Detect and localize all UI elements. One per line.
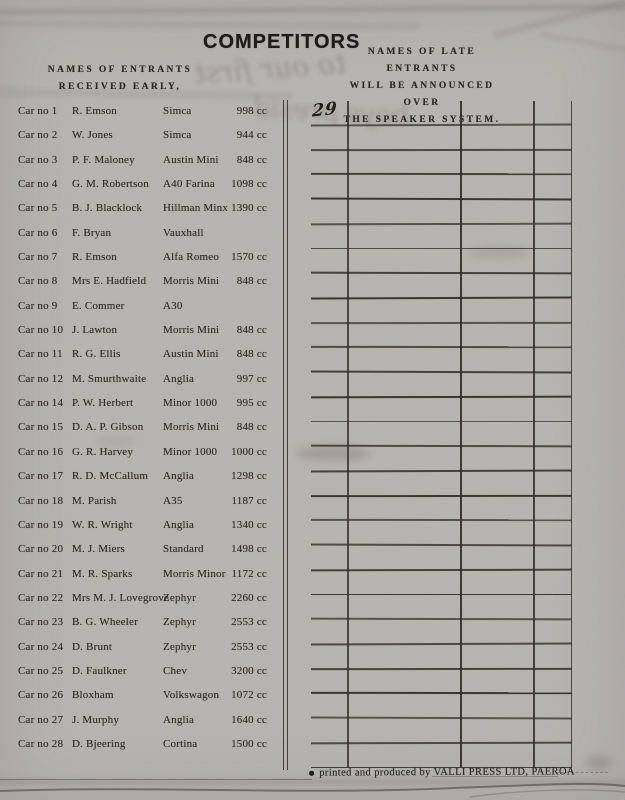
scanned-program-page: to our first boys presid COMPETITORS NAM… [0,0,625,800]
entrant-car-make: A35 [163,495,183,507]
entrant-name: R. Emson [72,251,117,263]
column-divider-double-rule [283,100,288,770]
entrant-engine-cc: 1390 cc [208,202,267,214]
entrant-name: J. Lawton [72,324,117,336]
late-entrants-grid [311,101,572,768]
paper-crease [0,2,625,17]
entrant-row: Car no 24D. BruntZephyr2553 cc [0,636,282,660]
entrant-car-number: Car no 16 [18,446,63,458]
entrant-row: Car no 6F. BryanVauxhall [0,222,282,246]
entrant-row: Car no 22Mrs M. J. LovegroveZephyr2260 c… [0,587,282,611]
entrant-engine-cc: 1500 cc [208,738,267,750]
entrant-car-make: Chev [163,665,187,677]
entrant-name: Mrs M. J. Lovegrove [72,592,169,604]
entrant-car-number: Car no 20 [18,543,63,555]
entrant-car-number: Car no 19 [18,519,63,531]
entrant-car-number: Car no 18 [18,495,63,507]
entrant-car-number: Car no 12 [18,373,63,385]
grid-line-horizontal [311,544,572,546]
entrant-row: Car no 25D. FaulknerChev3200 cc [0,660,282,684]
entrant-car-make: Cortina [163,738,197,750]
entrant-name: M. R. Sparks [72,568,132,580]
entrant-row: Car no 3P. F. MaloneyAustin Mini848 cc [0,149,282,173]
entrant-car-number: Car no 26 [18,689,63,701]
entrant-name: R. Emson [72,105,117,117]
entrant-row: Car no 8Mrs E. HadfieldMorris Mini848 cc [0,270,282,294]
entrant-engine-cc: 1098 cc [208,178,267,190]
entrant-row: Car no 21M. R. SparksMorris Minor1172 cc [0,563,282,587]
entrant-car-make: Zephyr [163,592,196,604]
heading-line: NAMES OF ENTRANTS [38,62,202,79]
grid-line-horizontal [311,248,572,250]
entrant-engine-cc: 1172 cc [208,568,267,580]
entrant-engine-cc: 1187 cc [208,495,267,507]
entrant-name: F. Bryan [72,227,111,239]
entrant-car-number: Car no 11 [18,348,63,360]
entrant-name: Bloxham [72,689,114,701]
entrant-car-number: Car no 17 [18,470,63,482]
entrant-car-number: Car no 3 [18,154,57,166]
entrant-car-number: Car no 27 [18,714,63,726]
entrant-row: Car no 19W. R. WrightAnglia1340 cc [0,514,282,538]
entrant-name: J. Murphy [72,714,119,726]
entrant-row: Car no 17R. D. McCallumAnglia1298 cc [0,465,282,489]
entrant-engine-cc: 2260 cc [208,592,267,604]
entrant-car-number: Car no 7 [18,251,57,263]
entrant-row: Car no 27J. MurphyAnglia1640 cc [0,709,282,733]
entrant-car-number: Car no 1 [18,105,57,117]
grid-line-horizontal [311,618,572,620]
printer-credit: ● printed and produced by VALLI PRESS LT… [308,765,575,778]
entrant-engine-cc: 944 cc [208,129,267,141]
entrant-car-make: Anglia [163,519,194,531]
ink-smudge [586,756,612,770]
entrant-car-make: Anglia [163,470,194,482]
handwritten-car-number: 29 [312,98,339,121]
entrant-car-number: Car no 5 [18,202,57,214]
entrant-engine-cc: 1072 cc [208,689,267,701]
entrant-name: G. M. Robertson [72,178,149,190]
entrant-row: Car no 2W. JonesSimca944 cc [0,124,282,148]
grid-line-horizontal [311,322,572,324]
entrant-car-number: Car no 23 [18,616,63,628]
entrant-car-number: Car no 8 [18,275,57,287]
grid-line-horizontal [311,371,572,373]
entrant-name: W. R. Wright [72,519,133,531]
heading-line: RECEIVED EARLY, [38,79,202,96]
entrant-engine-cc: 3200 cc [208,665,267,677]
entrant-row: Car no 10J. LawtonMorris Mini848 cc [0,319,282,343]
entrant-car-number: Car no 14 [18,397,63,409]
entrant-row: Car no 1R. EmsonSimca998 cc [0,100,282,124]
entrant-row: Car no 9E. CommerA30 [0,295,282,319]
entrant-name: G. R. Harvey [72,446,133,458]
entrant-row: Car no 4G. M. RobertsonA40 Farina1098 cc [0,173,282,197]
entrant-name: M. Smurthwaite [72,373,146,385]
grid-line-horizontal [311,198,572,200]
paper-crease [540,31,625,58]
entrant-name: D. Faulkner [72,665,127,677]
entrant-engine-cc: 1498 cc [208,543,267,555]
entrant-name: D. Bjeering [72,738,126,750]
footer-rule [0,779,312,780]
printer-credit-text: printed and produced by VALLI PRESS LTD,… [319,766,575,778]
entrant-engine-cc: 848 cc [208,421,267,433]
grid-line-horizontal [311,149,572,151]
entrant-row: Car no 26BloxhamVolkswagon1072 cc [0,684,282,708]
entrant-car-number: Car no 21 [18,568,63,580]
entrant-car-make: Zephyr [163,641,196,653]
entrant-car-make: Anglia [163,373,194,385]
entrant-row: Car no 5B. J. BlacklockHillman Minx1390 … [0,197,282,221]
entrant-car-number: Car no 24 [18,641,63,653]
entrant-car-make: Zephyr [163,616,196,628]
grid-line-horizontal [311,495,572,497]
grid-line-horizontal [311,667,572,669]
entrant-car-make: A30 [163,300,183,312]
entrant-row: Car no 18M. ParishA351187 cc [0,490,282,514]
entrant-list: Car no 1R. EmsonSimca998 ccCar no 2W. Jo… [0,100,282,770]
entrant-car-make: Simca [163,129,192,141]
entrant-name: P. W. Herbert [72,397,133,409]
entrant-engine-cc: 848 cc [208,324,267,336]
entrant-engine-cc: 848 cc [208,275,267,287]
entrant-car-number: Car no 25 [18,665,63,677]
entrant-car-number: Car no 6 [18,227,57,239]
entrant-row: Car no 16G. R. HarveyMinor 10001000 cc [0,441,282,465]
entrant-row: Car no 20M. J. MiersStandard1498 cc [0,538,282,562]
entrant-name: R. G. Ellis [72,348,121,360]
grid-line-horizontal [311,594,572,596]
entrant-row: Car no 15D. A. P. GibsonMorris Mini848 c… [0,416,282,440]
grid-line-horizontal [311,717,572,719]
entrant-row: Car no 12M. SmurthwaiteAnglia997 cc [0,368,282,392]
paper-crease [493,0,625,40]
entrant-engine-cc: 1640 cc [208,714,267,726]
entrant-engine-cc: 2553 cc [208,616,267,628]
entrant-row: Car no 28D. BjeeringCortina1500 cc [0,733,282,757]
entrant-name: D. Brunt [72,641,112,653]
heading-line: NAMES OF LATE ENTRANTS [336,44,508,78]
entrant-engine-cc: 848 cc [208,154,267,166]
entrant-car-make: Standard [163,543,204,555]
entrant-name: B. J. Blacklock [72,202,142,214]
entrant-engine-cc: 997 cc [208,373,267,385]
entrant-engine-cc: 848 cc [208,348,267,360]
entrant-car-number: Car no 9 [18,300,57,312]
entrant-car-number: Car no 28 [18,738,63,750]
entrant-engine-cc: 2553 cc [208,641,267,653]
entrant-car-number: Car no 4 [18,178,57,190]
entrant-engine-cc: 1000 cc [208,446,267,458]
entrant-car-make: Anglia [163,714,194,726]
entrant-name: W. Jones [72,129,113,141]
entrant-name: P. F. Maloney [72,154,135,166]
entrant-name: B. G. Wheeler [72,616,138,628]
entrant-car-make: Simca [163,105,192,117]
entrant-car-number: Car no 22 [18,592,63,604]
entrant-row: Car no 7R. EmsonAlfa Romeo1570 cc [0,246,282,270]
entrant-car-number: Car no 10 [18,324,63,336]
entrant-car-make: Vauxhall [163,227,204,239]
bullet-icon: ● [308,767,315,779]
entrant-engine-cc: 1570 cc [208,251,267,263]
entrant-engine-cc: 1298 cc [208,470,267,482]
entrant-name: R. D. McCallum [72,470,148,482]
entrant-name: M. Parish [72,495,117,507]
entrant-row: Car no 23B. G. WheelerZephyr2553 cc [0,611,282,635]
entrant-row: Car no 14P. W. HerbertMinor 1000995 cc [0,392,282,416]
entrant-engine-cc: 995 cc [208,397,267,409]
entrant-car-number: Car no 2 [18,129,57,141]
paper-crease [0,19,420,30]
entrant-car-number: Car no 15 [18,421,63,433]
entrant-name: E. Commer [72,300,125,312]
entrant-name: D. A. P. Gibson [72,421,143,433]
entrants-received-early-heading: NAMES OF ENTRANTS RECEIVED EARLY, [38,62,202,96]
entrant-name: Mrs E. Hadfield [72,275,146,287]
grid-line-horizontal [311,421,572,423]
entrant-engine-cc: 1340 cc [208,519,267,531]
entrant-name: M. J. Miers [72,543,125,555]
entrant-row: Car no 11R. G. EllisAustin Mini848 cc [0,343,282,367]
entrant-engine-cc: 998 cc [208,105,267,117]
